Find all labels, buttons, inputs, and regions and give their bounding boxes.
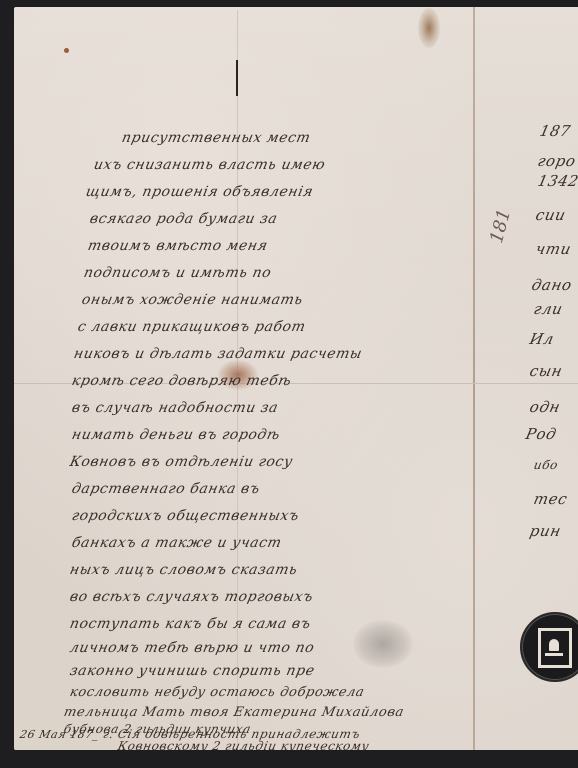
wax-seal-stamp: · · · · · ·	[520, 612, 578, 682]
text-fragment: Ил	[528, 330, 556, 348]
text-fragment: дано	[530, 276, 574, 294]
right-page-fragments: 187 горо 1342 сии чти дано гли Ил сын од…	[0, 0, 578, 768]
text-fragment: одн	[528, 398, 562, 416]
scan-background-edge	[0, 750, 578, 768]
seal-shield	[538, 628, 572, 668]
text-fragment: чти	[534, 240, 573, 258]
text-fragment: тес	[532, 490, 569, 508]
text-fragment: ибо	[533, 458, 560, 472]
text-fragment: Род	[524, 425, 558, 443]
text-fragment: сын	[528, 362, 564, 380]
text-fragment: сии	[534, 206, 567, 224]
text-fragment: рин	[528, 522, 563, 540]
text-fragment: 187	[538, 122, 572, 140]
text-fragment: горо	[536, 152, 577, 170]
seal-base-bar	[545, 653, 563, 656]
text-fragment: гли	[532, 300, 564, 318]
text-fragment: 1342	[536, 172, 578, 190]
bell-icon	[549, 639, 559, 651]
